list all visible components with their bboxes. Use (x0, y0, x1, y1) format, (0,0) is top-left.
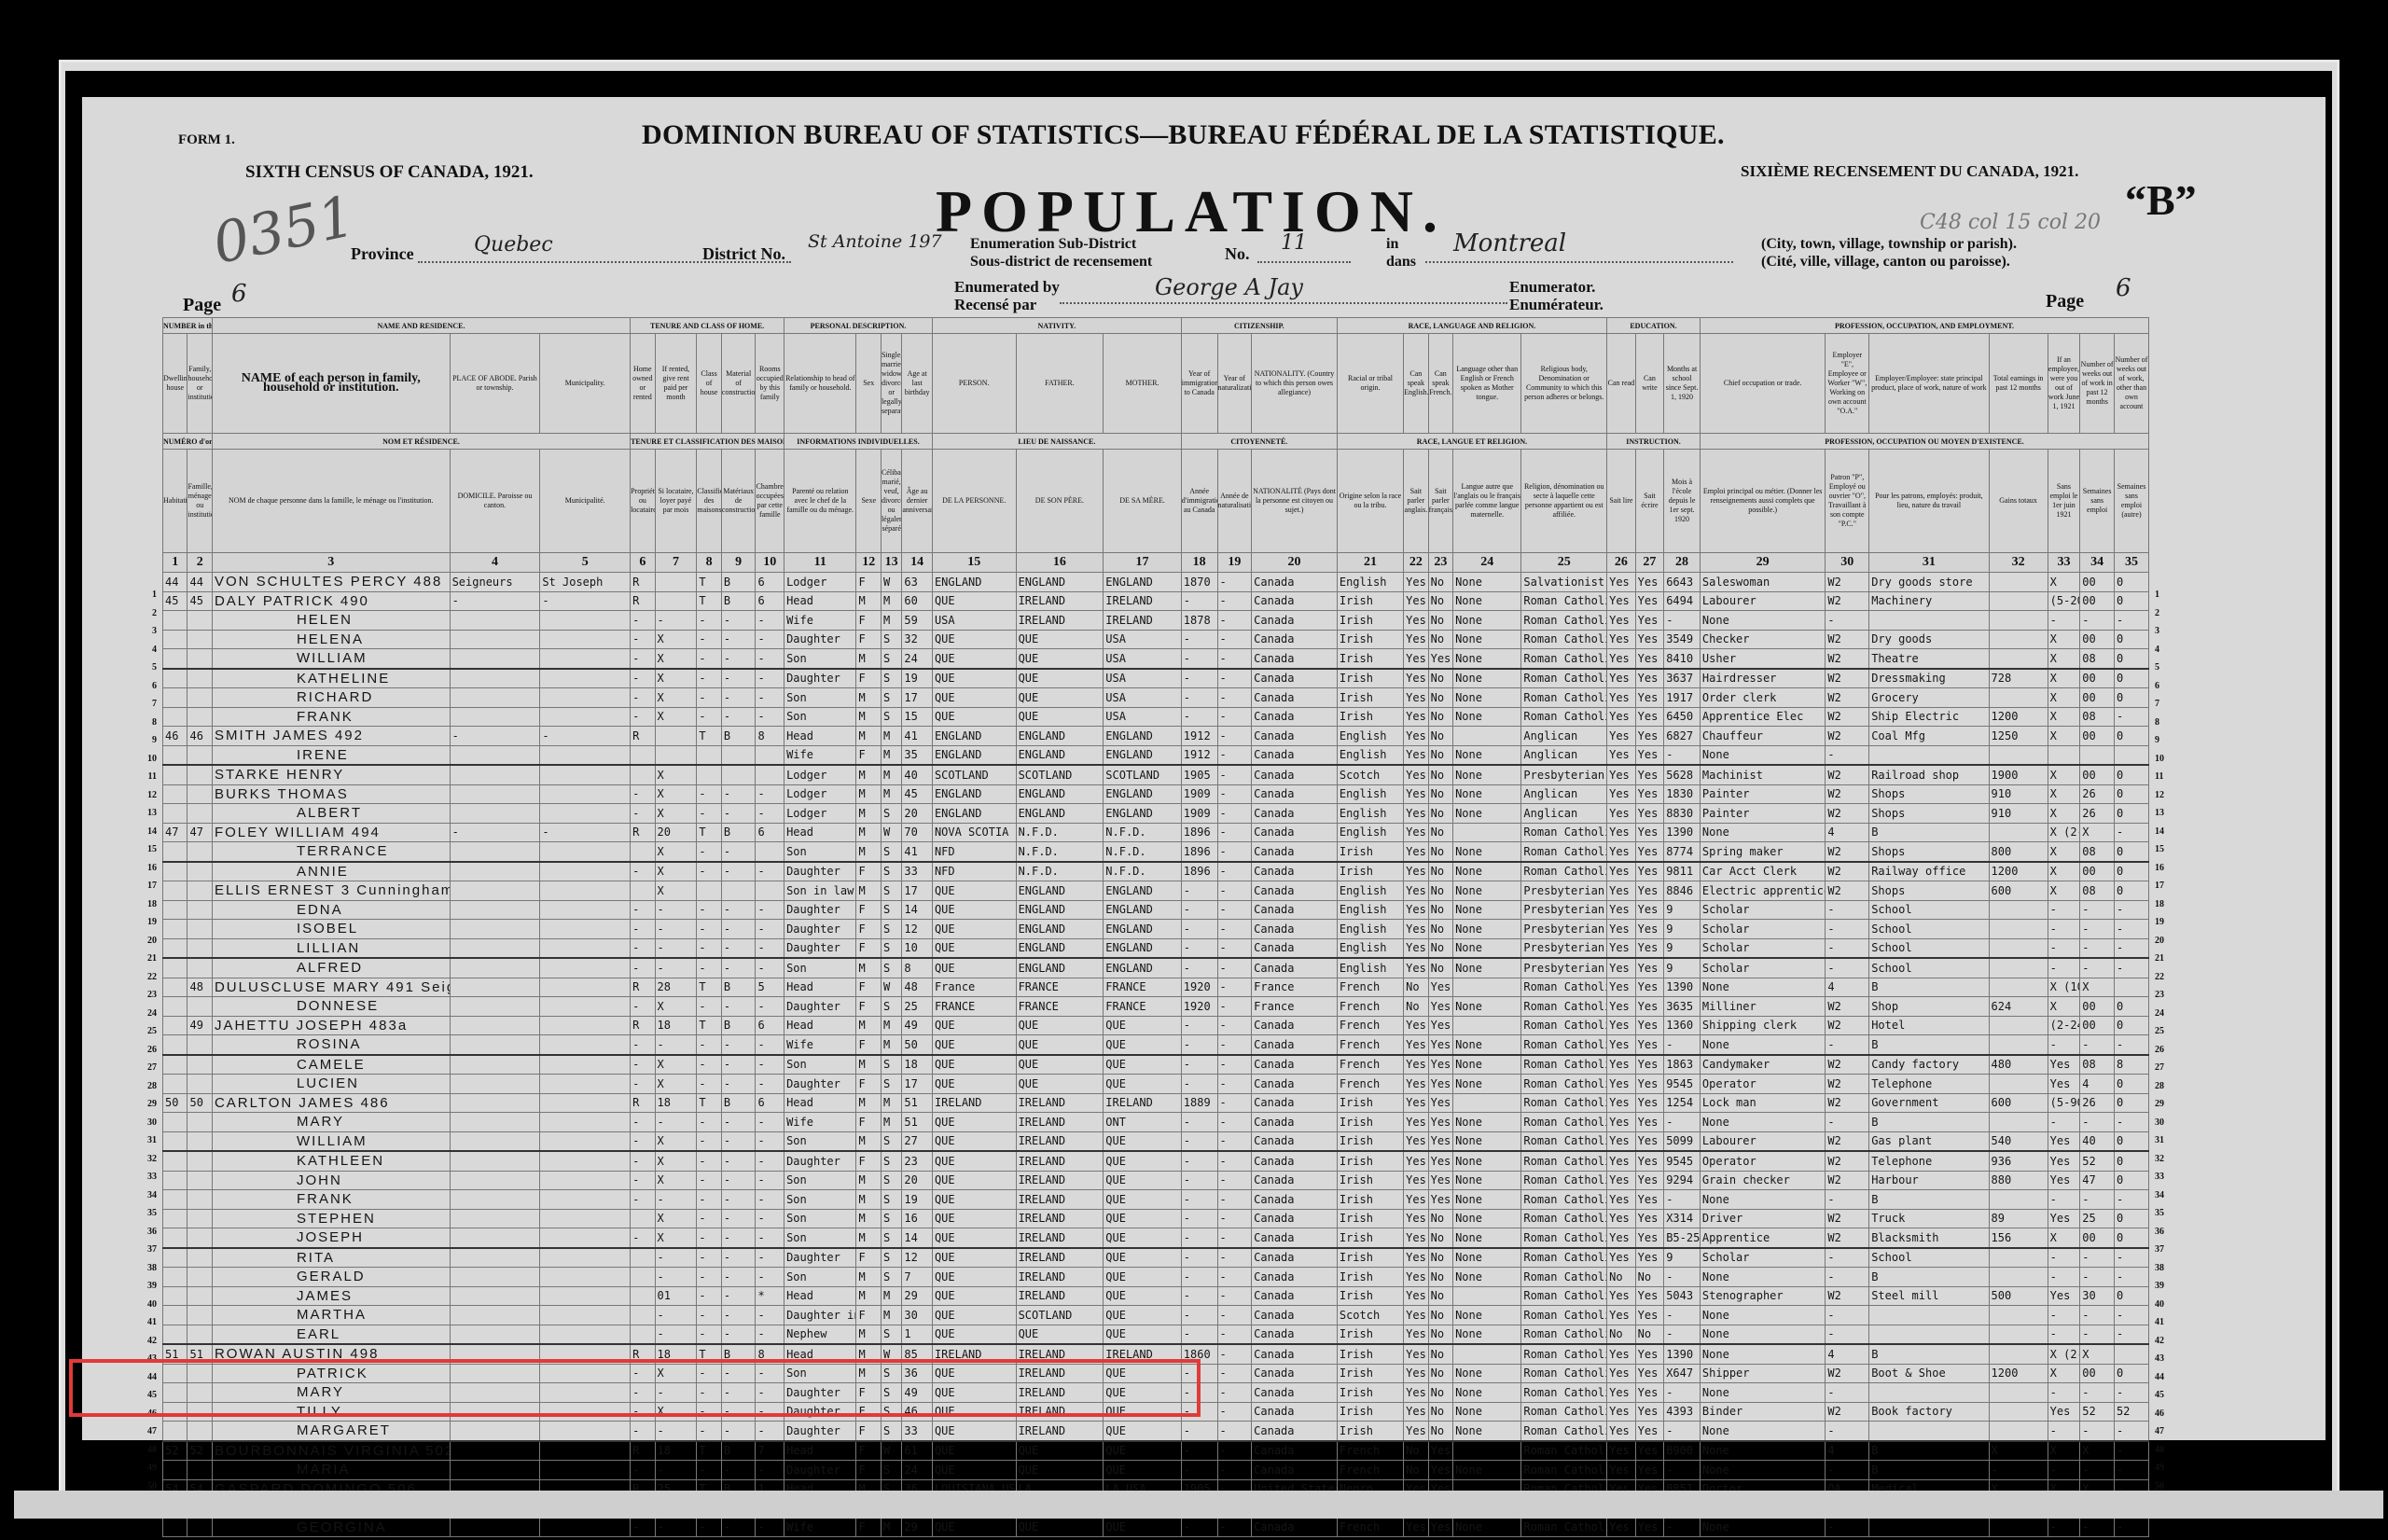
birthplace: QUE (932, 1325, 1016, 1344)
census-row[interactable]: MARIA-----DaughterFS24QUEQUEQUE--CanadaF… (163, 1461, 2149, 1480)
weeks-out-other: - (2114, 920, 2148, 939)
age: 60 (902, 591, 933, 611)
weeks-out: 00 (2080, 1228, 2115, 1248)
age: 70 (902, 823, 933, 842)
census-row[interactable]: EDNA-----DaughterFS14QUEENGLANDENGLAND--… (163, 900, 2149, 920)
line-number: 50 (129, 1481, 157, 1491)
census-row[interactable]: KATHLEEN-X---DaughterFS23QUEIRELANDQUE--… (163, 1151, 2149, 1171)
can-read: Yes (1607, 1402, 1636, 1422)
father-birthplace: ENGLAND (1016, 784, 1104, 804)
age: 12 (902, 1248, 933, 1268)
nationality: France (1252, 997, 1338, 1017)
rent-paid: X (655, 842, 697, 862)
weeks-out: - (2080, 1190, 2115, 1210)
family-number (187, 784, 212, 804)
occupation: Usher (1700, 649, 1825, 669)
dwelling-number (163, 1055, 187, 1075)
census-row[interactable]: 5050CARLTON JAMES 486R18TB6HeadMM51IRELA… (163, 1093, 2149, 1113)
racial-origin: English (1337, 900, 1403, 920)
speaks-english: Yes (1404, 1402, 1428, 1422)
census-row[interactable]: RITA----DaughterFS12QUEIRELANDQUE--Canad… (163, 1248, 2149, 1268)
material: - (721, 1461, 756, 1480)
can-read: Yes (1607, 688, 1636, 708)
census-row[interactable]: IRENEWifeFM35ENGLANDENGLANDENGLAND1912-C… (163, 745, 2149, 765)
birthplace: QUE (932, 1113, 1016, 1132)
line-number-right: 16 (2155, 863, 2183, 873)
earnings: 89 (1989, 1209, 2048, 1228)
racial-origin: Irish (1337, 1422, 1403, 1441)
census-row[interactable]: JAMES01--*HeadMM29QUEIRELANDQUE--CanadaI… (163, 1286, 2149, 1306)
mother-birthplace: QUE (1104, 1268, 1182, 1287)
out-of-work: X (2-1200) (2048, 1344, 2080, 1364)
age: 32 (902, 630, 933, 649)
can-write: Yes (1635, 1093, 1664, 1113)
naturalization-year: - (1217, 573, 1252, 592)
mother-tongue: None (1453, 1171, 1521, 1190)
census-row[interactable]: TERRANCEX--SonMS41NFDN.F.D.N.F.D.1896-Ca… (163, 842, 2149, 862)
person-name: ROSINA (212, 1035, 450, 1055)
relationship: Son (784, 1131, 856, 1151)
census-row[interactable]: ROSINA-----WifeFM50QUEQUEQUE--CanadaFren… (163, 1035, 2149, 1055)
column-group-header-fr: NOM ET RÉSIDENCE. (212, 434, 630, 450)
house-class: - (697, 958, 721, 978)
house-class: - (697, 1209, 721, 1228)
earnings (1989, 1268, 2048, 1287)
mother-tongue: None (1453, 1055, 1521, 1075)
occupation: None (1700, 1518, 1825, 1537)
home-tenure (631, 842, 655, 862)
nationality: Canada (1252, 1093, 1338, 1113)
naturalization-year: - (1217, 900, 1252, 920)
birthplace: QUE (932, 958, 1016, 978)
employer-industry: Shop (1869, 997, 1989, 1017)
months-at-school: B5-25 (1664, 1228, 1701, 1248)
mother-birthplace: QUE (1104, 1016, 1182, 1035)
line-number: 28 (129, 1081, 157, 1091)
column-description: Language other than English or French sp… (1453, 334, 1521, 434)
column-description: Age at last birthday (902, 334, 933, 434)
out-of-work: X (2048, 688, 2080, 708)
column-description-fr: Chambres occupées par cette famille (756, 450, 784, 553)
census-row[interactable]: HELENA-X---DaughterFS32QUEQUEUSA--Canada… (163, 630, 2149, 649)
home-tenure (631, 1306, 655, 1325)
relationship: Daughter (784, 920, 856, 939)
nationality: Canada (1252, 649, 1338, 669)
census-row[interactable]: GEORGINA-----WifeFM29QUEQUEQUE--CanadaFr… (163, 1518, 2149, 1537)
weeks-out: - (2080, 611, 2115, 631)
census-row[interactable]: GERALD----SonMS7QUEIRELANDQUE--CanadaIri… (163, 1268, 2149, 1287)
age: 41 (902, 842, 933, 862)
months-at-school: 9 (1664, 900, 1701, 920)
relationship: Head (784, 1016, 856, 1035)
census-row[interactable]: ALFRED-----SonMS8QUEENGLANDENGLAND--Cana… (163, 958, 2149, 978)
family-number (187, 1268, 212, 1287)
weeks-out: - (2080, 1113, 2115, 1132)
census-row[interactable]: 48DULUSCLUSE MARY 491 SeigneursR28TB5Hea… (163, 978, 2149, 997)
birthplace: QUE (932, 1518, 1016, 1537)
census-title-fr: SIXIÈME RECENSEMENT DU CANADA, 1921. (1741, 162, 2078, 181)
rooms: - (756, 784, 784, 804)
weeks-out: 00 (2080, 765, 2115, 784)
family-number (187, 842, 212, 862)
census-row[interactable]: 49JAHETTU JOSEPH 483aR18TB6HeadMM49QUEQU… (163, 1016, 2149, 1035)
house-class: - (697, 1402, 721, 1422)
out-of-work: Yes (2048, 1209, 2080, 1228)
census-row[interactable]: 4545DALY PATRICK 490--RTB6HeadMM60QUEIRE… (163, 591, 2149, 611)
home-tenure: - (631, 1422, 655, 1441)
census-row[interactable]: HELEN-----WifeFM59USAIRELANDIRELAND1878-… (163, 611, 2149, 631)
census-row[interactable]: KATHELINE-X---DaughterFS19QUEQUEUSA--Can… (163, 669, 2149, 688)
house-class: - (697, 688, 721, 708)
employer-industry: Grocery (1869, 688, 1989, 708)
nationality: Canada (1252, 1131, 1338, 1151)
house-class: - (697, 900, 721, 920)
mother-tongue: None (1453, 1248, 1521, 1268)
municipality (540, 1151, 631, 1171)
months-at-school: - (1664, 1325, 1701, 1344)
racial-origin: French (1337, 1016, 1403, 1035)
naturalization-year: - (1217, 1422, 1252, 1441)
material: - (721, 1286, 756, 1306)
line-number-right: 46 (2155, 1408, 2183, 1419)
column-description-fr: Langue autre que l'anglais ou le françai… (1453, 450, 1521, 553)
census-row[interactable]: STEPHENX---SonMS16QUEIRELANDQUE--CanadaI… (163, 1209, 2149, 1228)
column-description: Employer "E", Employee or Worker "W", Wo… (1826, 334, 1869, 434)
person-name: RITA (212, 1248, 450, 1268)
occupation: Shipping clerk (1700, 1016, 1825, 1035)
speaks-french: No (1428, 669, 1452, 688)
religion: Presbyterian (1521, 900, 1607, 920)
employment-status: 4 (1826, 1441, 1869, 1461)
out-of-work: X (10624) (2048, 978, 2080, 997)
census-row[interactable]: ELLIS ERNEST 3 Cunningham StXSon in lawM… (163, 881, 2149, 901)
line-number: 16 (129, 863, 157, 873)
weeks-out: - (2080, 1461, 2115, 1480)
employer-industry: Railroad shop (1869, 765, 1989, 784)
birthplace: QUE (932, 1055, 1016, 1075)
birthplace: SCOTLAND (932, 765, 1016, 784)
occupation: Checker (1700, 630, 1825, 649)
dwelling-number (163, 1248, 187, 1268)
dwelling-number (163, 1402, 187, 1422)
census-row[interactable]: 4444VON SCHULTES PERCY 488SeigneursSt Jo… (163, 573, 2149, 592)
census-row[interactable]: FRANK-----SonMS19QUEIRELANDQUE--CanadaIr… (163, 1190, 2149, 1210)
place-line (1425, 261, 1733, 263)
employer-industry: Dry goods (1869, 630, 1989, 649)
family-number (187, 1035, 212, 1055)
occupation: Hairdresser (1700, 669, 1825, 688)
months-at-school: - (1664, 1383, 1701, 1403)
mother-tongue: None (1453, 900, 1521, 920)
religion: Roman Catholic (1521, 688, 1607, 708)
column-number: 9 (721, 553, 756, 573)
marital-status: S (881, 669, 901, 688)
column-number: 13 (881, 553, 901, 573)
census-row[interactable]: ALBERT-X---LodgerMS20ENGLANDENGLANDENGLA… (163, 804, 2149, 824)
can-read: Yes (1607, 1190, 1636, 1210)
column-description: Number of weeks out of work, other than … (2114, 334, 2148, 434)
employment-status: W2 (1826, 1286, 1869, 1306)
age: 8 (902, 958, 933, 978)
line-number-right: 37 (2155, 1244, 2183, 1255)
census-row[interactable]: 4646SMITH JAMES 492--RTB8HeadMM41ENGLAND… (163, 727, 2149, 746)
speaks-english: Yes (1404, 1035, 1428, 1055)
line-number: 36 (129, 1227, 157, 1237)
employer-industry (1869, 611, 1989, 631)
microfilm-bottom-strip (14, 1491, 2383, 1519)
employment-status: W2 (1826, 1171, 1869, 1190)
relationship: Son (784, 1055, 856, 1075)
occupation: Candymaker (1700, 1055, 1825, 1075)
speaks-english: Yes (1404, 842, 1428, 862)
relationship: Head (784, 727, 856, 746)
line-number-right: 4 (2155, 645, 2183, 655)
earnings: 910 (1989, 784, 2048, 804)
occupation: Labourer (1700, 591, 1825, 611)
family-number: 49 (187, 1016, 212, 1035)
marital-status: M (881, 1306, 901, 1325)
census-row[interactable]: MARGARET-----DaughterFS33QUEIRELANDQUE--… (163, 1422, 2149, 1441)
weeks-out: X (2080, 1344, 2115, 1364)
family-number (187, 958, 212, 978)
occupation: Painter (1700, 804, 1825, 824)
nationality: Canada (1252, 1268, 1338, 1287)
house-class: - (697, 1131, 721, 1151)
line-number: 17 (129, 881, 157, 891)
census-row[interactable]: WILLIAM-X---SonMS27QUEIRELANDQUE--Canada… (163, 1131, 2149, 1151)
material: - (721, 1190, 756, 1210)
relationship: Son (784, 958, 856, 978)
can-read: Yes (1607, 1422, 1636, 1441)
can-read: Yes (1607, 707, 1636, 727)
out-of-work: - (2048, 900, 2080, 920)
mother-tongue: None (1453, 881, 1521, 901)
weeks-out-other: - (2114, 1113, 2148, 1132)
mother-birthplace: QUE (1104, 1422, 1182, 1441)
rent-paid: X (655, 669, 697, 688)
months-at-school: 1390 (1664, 823, 1701, 842)
earnings: 1200 (1989, 862, 2048, 881)
earnings: X (1989, 1441, 2048, 1461)
birthplace: QUE (932, 1035, 1016, 1055)
marital-status: S (881, 1151, 901, 1171)
months-at-school: 8846 (1664, 881, 1701, 901)
sex: M (856, 1190, 881, 1210)
religion: Roman Catholic (1521, 1035, 1607, 1055)
person-name: JAMES (212, 1286, 450, 1306)
line-number: 20 (129, 936, 157, 946)
employment-status: W2 (1826, 784, 1869, 804)
racial-origin: Irish (1337, 1383, 1403, 1403)
census-row[interactable]: FRANK-X---SonMS15QUEQUEUSA--CanadaIrishY… (163, 707, 2149, 727)
mother-birthplace: FRANCE (1104, 997, 1182, 1017)
material: B (721, 1441, 756, 1461)
employer-industry (1869, 1422, 1989, 1441)
rooms: - (756, 997, 784, 1017)
mother-birthplace: USA (1104, 630, 1182, 649)
family-number (187, 707, 212, 727)
speaks-french: No (1428, 804, 1452, 824)
marital-status: S (881, 1190, 901, 1210)
speaks-french: Yes (1428, 1035, 1452, 1055)
dwelling-number (163, 784, 187, 804)
house-class: - (697, 938, 721, 958)
census-row[interactable]: MARY-----DaughterFS49QUEIRELANDQUE--Cana… (163, 1383, 2149, 1403)
census-row[interactable]: MARTHA----Daughter in lawFM30QUESCOTLAND… (163, 1306, 2149, 1325)
line-number-right: 40 (2155, 1299, 2183, 1310)
age: 17 (902, 1075, 933, 1094)
census-row[interactable]: BURKS THOMAS-X---LodgerMM45ENGLANDENGLAN… (163, 784, 2149, 804)
naturalization-year: - (1217, 1441, 1252, 1461)
out-of-work: X (2-2100) (2048, 823, 2080, 842)
home-tenure (631, 881, 655, 901)
can-write: Yes (1635, 1441, 1664, 1461)
parish (450, 1209, 540, 1228)
census-row[interactable]: LUCIEN-X---DaughterFS17QUEQUEQUE--Canada… (163, 1075, 2149, 1094)
census-row[interactable]: EARL----NephewMS1QUEQUEQUE--CanadaIrishY… (163, 1325, 2149, 1344)
census-row[interactable]: DONNESE-X---DaughterFS25FRANCEFRANCEFRAN… (163, 997, 2149, 1017)
home-tenure: R (631, 1344, 655, 1364)
employment-status: - (1826, 1268, 1869, 1287)
can-write: Yes (1635, 1035, 1664, 1055)
census-row[interactable]: 5252BOURBONNAIS VIRGINIA 502R18TB7HeadFW… (163, 1441, 2149, 1461)
municipality (540, 920, 631, 939)
census-row[interactable]: TILLY-X---DaughterFS46QUEIRELANDQUE--Can… (163, 1402, 2149, 1422)
religion: Anglican (1521, 804, 1607, 824)
weeks-out-other: 0 (2114, 1171, 2148, 1190)
mother-tongue (1453, 1016, 1521, 1035)
earnings (1989, 611, 2048, 631)
immigration-year: - (1181, 1325, 1217, 1344)
person-name: MARTHA (212, 1306, 450, 1325)
age: 59 (902, 611, 933, 631)
rooms: - (756, 1364, 784, 1383)
speaks-english: Yes (1404, 1383, 1428, 1403)
can-read: Yes (1607, 862, 1636, 881)
sex: M (856, 591, 881, 611)
speaks-english: Yes (1404, 573, 1428, 592)
speaks-english: Yes (1404, 649, 1428, 669)
months-at-school: 6643 (1664, 573, 1701, 592)
census-row[interactable]: PATRICK-X---SonMS36QUEIRELANDQUE--Canada… (163, 1364, 2149, 1383)
mother-birthplace: ENGLAND (1104, 745, 1182, 765)
rooms: - (756, 1402, 784, 1422)
place-value: Montreal (1453, 229, 1566, 257)
racial-origin: English (1337, 745, 1403, 765)
birthplace: QUE (932, 1131, 1016, 1151)
material: - (721, 1306, 756, 1325)
census-row[interactable]: CAMELE-X---SonMS18QUEQUEQUE--CanadaFrenc… (163, 1055, 2149, 1075)
out-of-work: Yes (2048, 1286, 2080, 1306)
person-name: STARKE HENRY (212, 765, 450, 784)
occupation: None (1700, 1035, 1825, 1055)
line-number-right: 18 (2155, 899, 2183, 909)
speaks-english: Yes (1404, 1325, 1428, 1344)
can-write: Yes (1635, 920, 1664, 939)
house-class: - (697, 1151, 721, 1171)
enumerator-name: George A Jay (1155, 274, 1303, 300)
census-row[interactable]: STARKE HENRYXLodgerMM40SCOTLANDSCOTLANDS… (163, 765, 2149, 784)
person-name: VON SCHULTES PERCY 488 (212, 573, 450, 592)
line-number-right: 17 (2155, 881, 2183, 891)
relationship: Head (784, 1093, 856, 1113)
religion: Presbyterian (1521, 958, 1607, 978)
occupation: None (1700, 611, 1825, 631)
weeks-out-other: 0 (2114, 1131, 2148, 1151)
out-of-work: - (2048, 1383, 2080, 1403)
racial-origin: Irish (1337, 1402, 1403, 1422)
census-row[interactable]: LILLIAN-----DaughterFS10QUEENGLANDENGLAN… (163, 938, 2149, 958)
municipality (540, 649, 631, 669)
mother-birthplace: ENGLAND (1104, 573, 1182, 592)
speaks-french: Yes (1428, 1461, 1452, 1480)
nationality: Canada (1252, 1518, 1338, 1537)
mother-tongue: None (1453, 804, 1521, 824)
census-row[interactable]: MARY-----WifeFM51QUEIRELANDONT--CanadaIr… (163, 1113, 2149, 1132)
column-group-header-fr: CITOYENNETÉ. (1181, 434, 1337, 450)
home-tenure: R (631, 591, 655, 611)
person-name: EARL (212, 1325, 450, 1344)
marital-status: M (881, 1518, 901, 1537)
mother-tongue: None (1453, 1151, 1521, 1171)
marital-status: M (881, 1286, 901, 1306)
census-row[interactable]: 5151ROWAN AUSTIN 498R18TB8HeadMW85IRELAN… (163, 1344, 2149, 1364)
occupation: None (1700, 1325, 1825, 1344)
employer-industry: Telephone (1869, 1075, 1989, 1094)
nationality: Canada (1252, 707, 1338, 727)
relationship: Nephew (784, 1325, 856, 1344)
occupation: Stenographer (1700, 1286, 1825, 1306)
nationality: Canada (1252, 1306, 1338, 1325)
can-read: Yes (1607, 1113, 1636, 1132)
age: 27 (902, 1131, 933, 1151)
municipality (540, 688, 631, 708)
speaks-english: Yes (1404, 1016, 1428, 1035)
census-row[interactable]: RICHARD-X---SonMS17QUEQUEUSA--CanadaIris… (163, 688, 2149, 708)
immigration-year: 1905 (1181, 765, 1217, 784)
census-row[interactable]: ISOBEL-----DaughterFS12QUEENGLANDENGLAND… (163, 920, 2149, 939)
marital-status: S (881, 707, 901, 727)
municipality (540, 1402, 631, 1422)
census-row[interactable]: JOHN-X---SonMS20QUEIRELANDQUE--CanadaIri… (163, 1171, 2149, 1190)
column-number: 28 (1664, 553, 1701, 573)
religion: Roman Catholic (1521, 1171, 1607, 1190)
parish (450, 920, 540, 939)
rent-paid: - (655, 1268, 697, 1287)
employer-industry: B (1869, 1344, 1989, 1364)
census-row[interactable]: ANNIE-X---DaughterFS33NFDN.F.D.N.F.D.189… (163, 862, 2149, 881)
sex: F (856, 1383, 881, 1403)
speaks-french: No (1428, 1344, 1452, 1364)
speaks-french: No (1428, 688, 1452, 708)
weeks-out-other: - (2114, 611, 2148, 631)
age: 17 (902, 688, 933, 708)
occupation: Scholar (1700, 958, 1825, 978)
earnings (1989, 1306, 2048, 1325)
census-row[interactable]: 4747FOLEY WILLIAM 494--R20TB6HeadMW70NOV… (163, 823, 2149, 842)
religion: Anglican (1521, 727, 1607, 746)
can-read: Yes (1607, 1171, 1636, 1190)
census-row[interactable]: WILLIAM-X---SonMS24QUEQUEUSA--CanadaIris… (163, 649, 2149, 669)
census-row[interactable]: JOSEPH-X---SonMS14QUEIRELANDQUE--CanadaI… (163, 1228, 2149, 1248)
dwelling-number (163, 745, 187, 765)
speaks-french: Yes (1428, 1093, 1452, 1113)
birthplace: QUE (932, 1461, 1016, 1480)
months-at-school: 9545 (1664, 1075, 1701, 1094)
age: 63 (902, 573, 933, 592)
home-tenure (631, 1209, 655, 1228)
dwelling-number (163, 649, 187, 669)
